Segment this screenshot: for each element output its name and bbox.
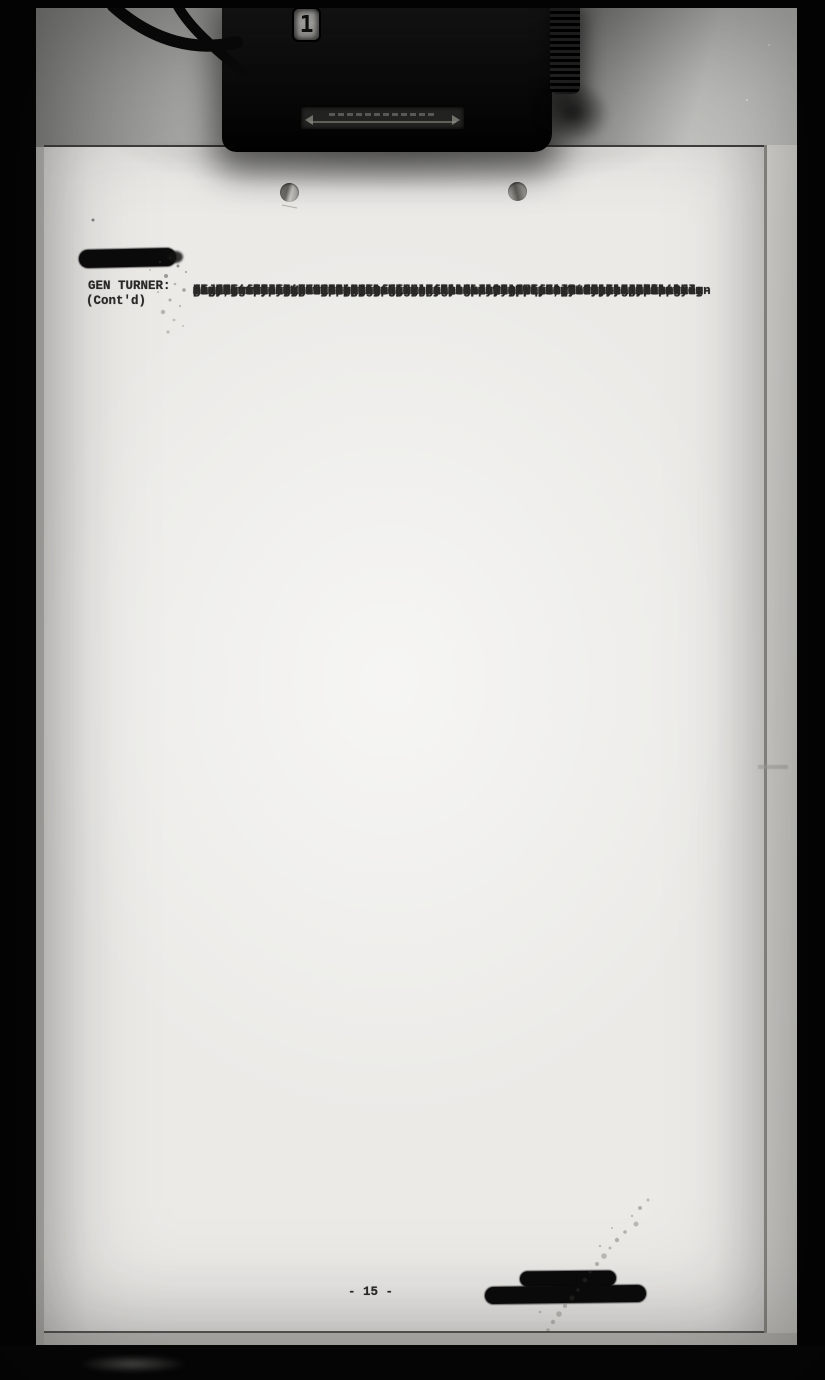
film-border-top [0, 0, 825, 8]
edge-smudge-dash [758, 765, 788, 769]
microfilm-scan-frame: 000411 GEN TURNER: (Cont'd) In all frank… [0, 0, 825, 1380]
bottom-light-smudge [60, 1352, 205, 1376]
film-border-right [797, 0, 825, 1380]
film-border-left [0, 0, 36, 1380]
ink-speckles [0, 0, 825, 1380]
